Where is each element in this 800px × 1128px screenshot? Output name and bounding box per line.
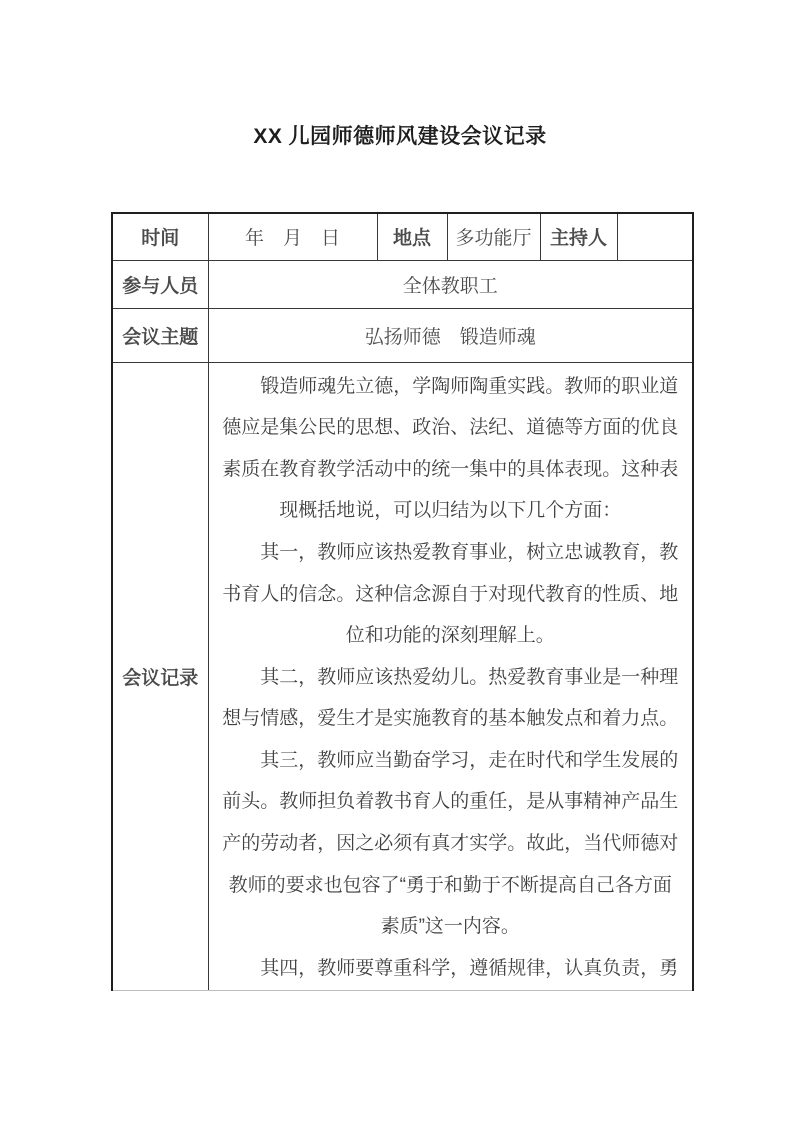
topic-label-cell: 会议主题 [112,308,208,362]
document-title: XX 儿园师德师风建设会议记录 [0,120,800,150]
minutes-content-cell: 锻造师魂先立德，学陶师陶重实践。教师的职业道德应是集公民的思想、政治、法纪、道德… [208,362,693,990]
minutes-paragraph: 锻造师魂先立德，学陶师陶重实践。教师的职业道德应是集公民的思想、政治、法纪、道德… [222,366,680,532]
participants-value-cell: 全体教职工 [208,260,693,308]
location-label-cell: 地点 [377,213,447,260]
minutes-paragraph: 其三，教师应当勤奋学习，走在时代和学生发展的前头。教师担负着教书育人的重任，是从… [222,740,680,948]
table-row: 会议记录 锻造师魂先立德，学陶师陶重实践。教师的职业道德应是集公民的思想、政治、… [112,362,693,990]
minutes-paragraph: 其四，教师要尊重科学，遵循规律，认真负责，勇 [222,948,680,990]
table-row: 时间 年 月 日 地点 多功能厅 主持人 [112,213,693,260]
host-label-cell: 主持人 [540,213,617,260]
host-value-cell [617,213,693,260]
document-page: XX 儿园师德师风建设会议记录 时间 年 月 日 地点 多功能厅 主持人 参与人… [0,0,800,1128]
location-value-cell: 多功能厅 [447,213,540,260]
time-value-cell: 年 月 日 [208,213,377,260]
meeting-record-table: 时间 年 月 日 地点 多功能厅 主持人 参与人员 全体教职工 会议主题 弘扬师… [111,212,694,991]
participants-label-cell: 参与人员 [112,260,208,308]
minutes-label-cell: 会议记录 [112,362,208,990]
minutes-paragraph: 其一，教师应该热爱教育事业，树立忠诚教育，教书育人的信念。这种信念源自于对现代教… [222,532,680,657]
topic-value-cell: 弘扬师德 锻造师魂 [208,308,693,362]
table-row: 参与人员 全体教职工 [112,260,693,308]
minutes-paragraph: 其二，教师应该热爱幼儿。热爱教育事业是一种理想与情感，爱生才是实施教育的基本触发… [222,657,680,740]
table-row: 会议主题 弘扬师德 锻造师魂 [112,308,693,362]
time-label-cell: 时间 [112,213,208,260]
